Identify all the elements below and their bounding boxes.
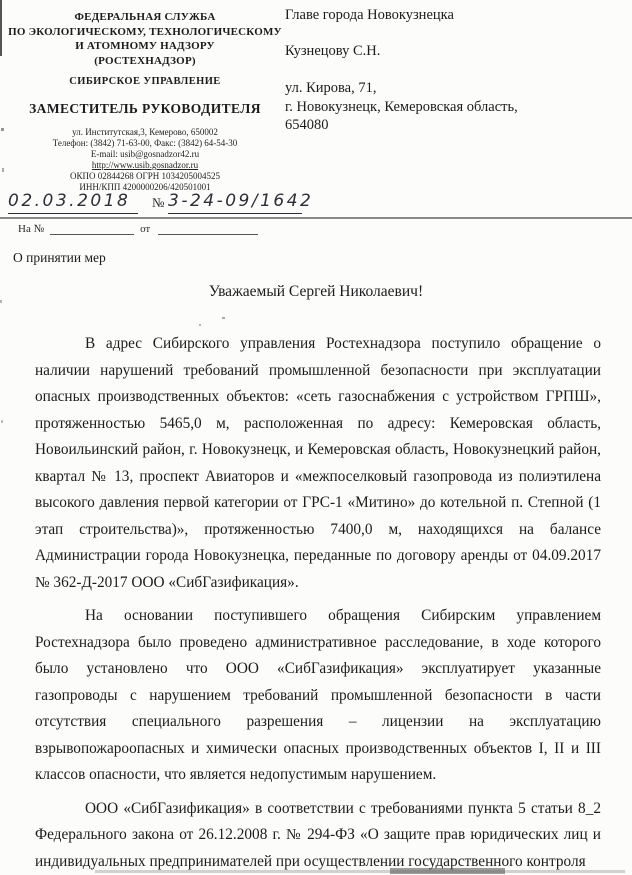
scan-artifact-bottom-bar	[390, 868, 505, 874]
scan-artifact-speck	[199, 324, 201, 326]
letter-body: В адрес Сибирского управления Ростехнадз…	[35, 331, 601, 875]
letterhead: ФЕДЕРАЛЬНАЯ СЛУЖБА ПО ЭКОЛОГИЧЕСКОМУ, ТЕ…	[6, 10, 284, 193]
contact-okpo-ogrn: ОКПО 02844268 ОГРН 1034205004525	[6, 171, 284, 182]
contact-address: ул. Институтская,3, Кемерово, 650002	[6, 127, 284, 138]
recipient-address: ул. Кирова, 71, г. Новокузнецк, Кемеровс…	[285, 79, 595, 135]
contact-website: http://www.usib.gosnadzor.ru	[6, 160, 284, 171]
division-name: СИБИРСКОЕ УПРАВЛЕНИЕ	[6, 76, 284, 87]
recipient-title: Главе города Новокузнецка	[285, 6, 595, 25]
separator-rule	[0, 217, 632, 219]
reply-date-blank	[158, 223, 258, 235]
scan-artifact-speck	[2, 168, 4, 172]
reply-number-blank	[50, 223, 134, 235]
body-paragraph-2: На основании поступившего обращения Сиби…	[35, 603, 601, 789]
contact-block: ул. Институтская,3, Кемерово, 650002 Тел…	[6, 127, 284, 193]
number-sign: №	[152, 195, 164, 211]
scan-artifact-speck	[1, 420, 3, 423]
ref-number-handwritten: 3-24-09/1642	[168, 191, 302, 214]
body-paragraph-3: ООО «СибГазификация» в соответствии с тр…	[35, 796, 601, 875]
recipient-address-line: г. Новокузнецк, Кемеровская область,	[285, 98, 595, 117]
position-title: ЗАМЕСТИТЕЛЬ РУКОВОДИТЕЛЯ	[6, 101, 284, 117]
scan-artifact-speck	[0, 300, 2, 303]
org-name-line-1: ФЕДЕРАЛЬНАЯ СЛУЖБА	[6, 10, 284, 25]
reply-from-label: от	[140, 223, 150, 235]
recipient-address-line: ул. Кирова, 71,	[285, 79, 595, 98]
body-paragraph-1: В адрес Сибирского управления Ростехнадз…	[35, 331, 601, 596]
contact-phone-fax: Телефон: (3842) 71-63-00, Факс: (3842) 6…	[6, 138, 284, 149]
ref-date-handwritten: 02.03.2018	[8, 191, 138, 214]
contact-email: E-mail: usib@gosnadzor42.ru	[6, 149, 284, 160]
reply-reference-row: На №от	[18, 223, 258, 235]
scan-artifact-bottom-smudge	[95, 870, 625, 873]
subject-line: О принятии мер	[13, 250, 106, 266]
org-name-line-4: (РОСТЕХНАДЗОР)	[6, 54, 284, 69]
salutation: Уважаемый Сергей Николаевич!	[0, 283, 632, 301]
recipient-name: Кузнецову С.Н.	[285, 42, 595, 61]
scan-artifact-speck	[222, 317, 225, 319]
recipient-block: Главе города Новокузнецка Кузнецову С.Н.…	[285, 6, 595, 135]
document-page: ФЕДЕРАЛЬНАЯ СЛУЖБА ПО ЭКОЛОГИЧЕСКОМУ, ТЕ…	[0, 0, 632, 875]
reference-row: 02.03.2018 № 3-24-09/1642	[0, 191, 420, 217]
org-name-line-3: И АТОМНОМУ НАДЗОРУ	[6, 39, 284, 54]
recipient-address-line: 654080	[285, 116, 595, 135]
reply-number-label: На №	[18, 223, 44, 235]
scan-artifact-speck	[1, 128, 4, 131]
scan-artifact-edge-line	[0, 0, 2, 56]
org-name-line-2: ПО ЭКОЛОГИЧЕСКОМУ, ТЕХНОЛОГИЧЕСКОМУ	[6, 25, 284, 40]
